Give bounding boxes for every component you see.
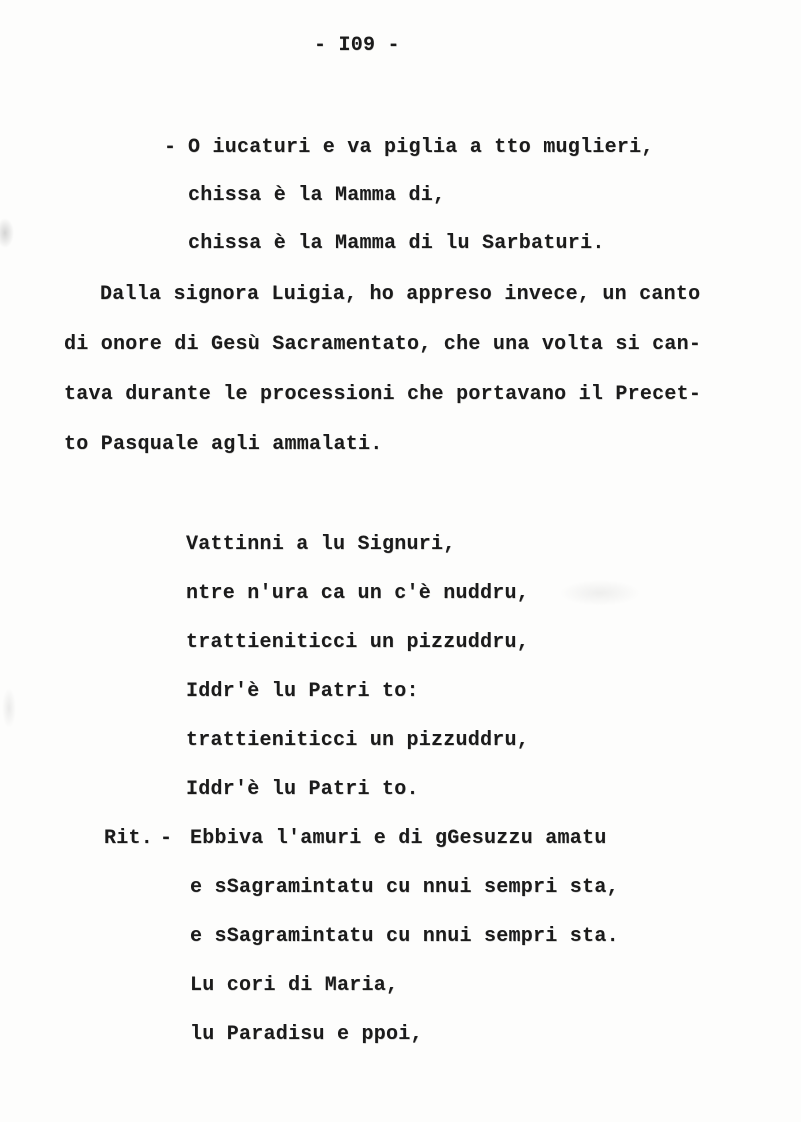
verse-line: trattieniticci un pizzuddru, [186, 618, 529, 667]
scanned-document-page: - I09 - -O iucaturi e va piglia a tto mu… [0, 0, 801, 1122]
refrain-block: Rit.-Ebbiva l'amuri e di gGesuzzu amatu … [104, 814, 619, 1059]
refrain-text: Ebbiva l'amuri e di gGesuzzu amatu [190, 827, 607, 850]
refrain-line: lu Paradisu e ppoi, [190, 1010, 619, 1059]
verse-text: O iucaturi e va piglia a tto muglieri, [188, 136, 654, 159]
verse-dash: - [164, 124, 188, 172]
paragraph-line: Dalla signora Luigia, ho appreso invece,… [64, 270, 701, 320]
verse-line: Vattinni a lu Signuri, [186, 520, 529, 569]
verse-line: Iddr'è lu Patri to. [186, 765, 529, 814]
scan-smudge [560, 580, 640, 606]
refrain-dash: - [160, 814, 190, 863]
refrain-line: Lu cori di Maria, [190, 961, 619, 1010]
paragraph-line: di onore di Gesù Sacramentato, che una v… [64, 320, 701, 370]
scan-smudge [0, 218, 14, 248]
verse-line: trattieniticci un pizzuddru, [186, 716, 529, 765]
refrain-label: Rit. [104, 814, 160, 863]
verse-line: chissa è la Mamma di, [188, 172, 654, 220]
paragraph: Dalla signora Luigia, ho appreso invece,… [64, 270, 701, 470]
verse-block-2: Vattinni a lu Signuri, ntre n'ura ca un … [186, 520, 529, 814]
verse-line: ntre n'ura ca un c'è nuddru, [186, 569, 529, 618]
paragraph-line: tava durante le processioni che portavan… [64, 370, 701, 420]
verse-line: Iddr'è lu Patri to: [186, 667, 529, 716]
refrain-line: e sSagramintatu cu nnui sempri sta, [190, 863, 619, 912]
refrain-line: e sSagramintatu cu nnui sempri sta. [190, 912, 619, 961]
verse-line: chissa è la Mamma di lu Sarbaturi. [188, 220, 654, 268]
verse-block-1: -O iucaturi e va piglia a tto muglieri, … [164, 124, 654, 268]
refrain-line: Rit.-Ebbiva l'amuri e di gGesuzzu amatu [104, 814, 619, 863]
scan-smudge [2, 688, 16, 728]
verse-line: -O iucaturi e va piglia a tto muglieri, [164, 124, 654, 172]
page-number: - I09 - [314, 34, 400, 57]
paragraph-line: to Pasquale agli ammalati. [64, 420, 701, 470]
